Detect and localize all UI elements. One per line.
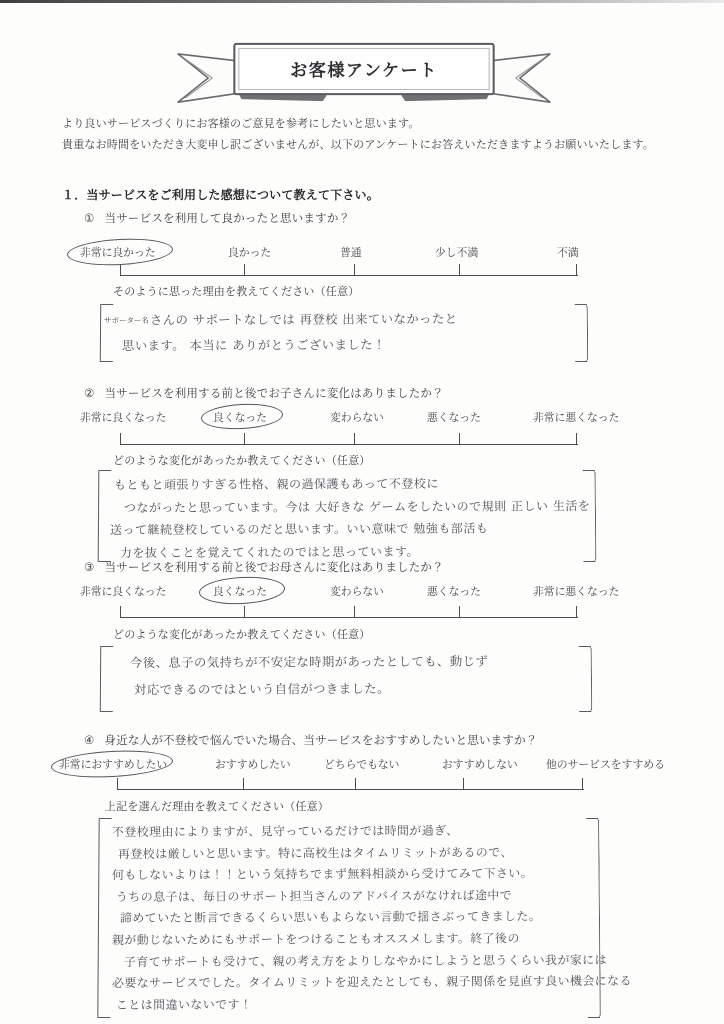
handwritten-line: 諦めていたと断言できるくらい思いもよらない言動で揺さぶってきました。: [120, 906, 600, 930]
handwritten-line: サポーター名さんの サポートなしでは 再登校 出来ていなかったと: [104, 306, 588, 334]
scan-artifact: [0, 0, 724, 3]
followup-label: どのような変化があったか教えてください（任意）: [113, 455, 371, 469]
section-heading: １．当サービスをご利用した感想について教えて下さい。: [62, 188, 379, 203]
handwritten-line: 今後、息子の気持ちが不安定な時期があったとしても、動じず: [130, 648, 592, 677]
question-number: ①: [84, 212, 95, 226]
option-label: 良かった: [228, 245, 271, 260]
handwritten-line: 何もしないよりは！！という気持ちでまず無料相談から受けてみて下さい。: [112, 863, 600, 887]
rating-scale: [120, 263, 578, 276]
followup-label: どのような変化があったか教えてください（任意）: [113, 629, 371, 643]
handwritten-line: 送って継続登校しているのだと思います。いい意味で 勉強も部活も: [110, 517, 596, 542]
option-label: 非常に悪くなった: [533, 584, 619, 599]
option-label: 少し不満: [435, 245, 478, 260]
option-label: 悪くなった: [427, 410, 481, 425]
handwritten-line: つながったと思っています。今は 大好きな ゲームをしたいので規則 正しい 生活を: [124, 494, 596, 519]
handwritten-line: もともと頑張りすぎる性格、親の過保護もあって不登校に: [114, 472, 596, 497]
intro-line-1: より良いサービスづくりにお客様のご意見を参考にしたいと思います。: [62, 118, 420, 132]
rating-scale: [120, 605, 578, 618]
followup-label: 上記を選んだ理由を教えてください（任意）: [105, 801, 329, 815]
option-label: 非常に悪くなった: [533, 410, 619, 425]
option-label: 不満: [557, 245, 579, 260]
option-label: おすすめしない: [442, 757, 518, 772]
scanned-survey-page: お客様アンケート より良いサービスづくりにお客様のご意見を参考にしたいと思います…: [0, 0, 724, 1024]
question-text: 身近な人が不登校で悩んでいた場合、当サービスをおすすめしたいと思いますか？: [105, 735, 538, 747]
option-label-selected: 良くなった: [213, 410, 267, 425]
handwritten-line: 親が動じないためにもサポートをつけることもオススメします。終了後の: [112, 928, 600, 952]
handwritten-line: 対応できるのではという自信がつきました。: [134, 675, 592, 704]
question-number: ③: [84, 561, 95, 575]
option-label: 悪くなった: [427, 584, 481, 599]
question-text: 当サービスを利用して良かったと思いますか？: [105, 213, 351, 225]
answer-box: 今後、息子の気持ちが不安定な時期があったとしても、動じず 対応できるのではという…: [100, 646, 592, 712]
handwritten-line: 思います。 本当に ありがとうございました！: [122, 331, 588, 358]
rating-scale: [120, 432, 578, 445]
rating-scale: [117, 777, 584, 790]
option-label: 変わらない: [330, 410, 384, 425]
option-label: どちらでもない: [324, 757, 399, 772]
option-label: 普通: [340, 245, 362, 260]
option-label-selected: 非常に良かった: [80, 245, 156, 260]
ribbon-banner: お客様アンケート: [168, 40, 560, 108]
option-label: 非常に良くなった: [80, 584, 166, 599]
masked-supporter-name: サポーター名: [104, 316, 149, 325]
option-label-selected: 良くなった: [213, 584, 267, 599]
question-number: ④: [84, 734, 95, 748]
intro-line-2: 貴重なお時間をいただき大変申し訳ございませんが、以下のアンケートにお答えいただき…: [62, 139, 654, 153]
handwritten-line: 子育てサポートも受けて、親の考え方をよりしなやかにしようと思うくらい我が家には: [124, 950, 600, 974]
option-label: 他のサービスをすすめる: [546, 757, 665, 772]
question-number: ②: [84, 387, 95, 401]
handwritten-line: 再登校は厳しいと思います。特に高校生はタイムリミットがあるので、: [118, 842, 600, 866]
handwritten-line: 必要なサービスでした。タイムリミットを迎えたとしても、親子関係を見直す良い機会に…: [112, 971, 600, 995]
handwritten-line: 不登校理由によりますが、見守っているだけでは時間が過ぎ、: [112, 820, 600, 844]
question-text: 当サービスを利用する前と後でお母さんに変化はありましたか？: [105, 562, 444, 574]
handwritten-line: うちの息子は、毎日のサポート担当さんのアドバイスがなければ途中で: [116, 885, 600, 909]
answer-box: もともと頑張りすぎる性格、親の過保護もあって不登校に つながったと思っています。…: [98, 470, 596, 562]
option-label: 非常に良くなった: [80, 410, 166, 425]
answer-box: 不登校理由によりますが、見守っているだけでは時間が過ぎ、 再登校は厳しいと思いま…: [98, 818, 600, 1018]
option-label-selected: 非常におすすめしたい: [59, 757, 167, 772]
option-label: おすすめしたい: [215, 757, 291, 772]
option-label: 変わらない: [330, 584, 384, 599]
question-text: 当サービスを利用する前と後でお子さんに変化はありましたか？: [105, 388, 444, 400]
followup-label: そのように思った理由を教えてください（任意）: [113, 286, 359, 300]
handwritten-line: ことは間違いないです！: [116, 993, 600, 1017]
answer-box: サポーター名さんの サポートなしでは 再登校 出来ていなかったと 思います。 本…: [100, 304, 588, 362]
banner-title: お客様アンケート: [290, 60, 438, 80]
